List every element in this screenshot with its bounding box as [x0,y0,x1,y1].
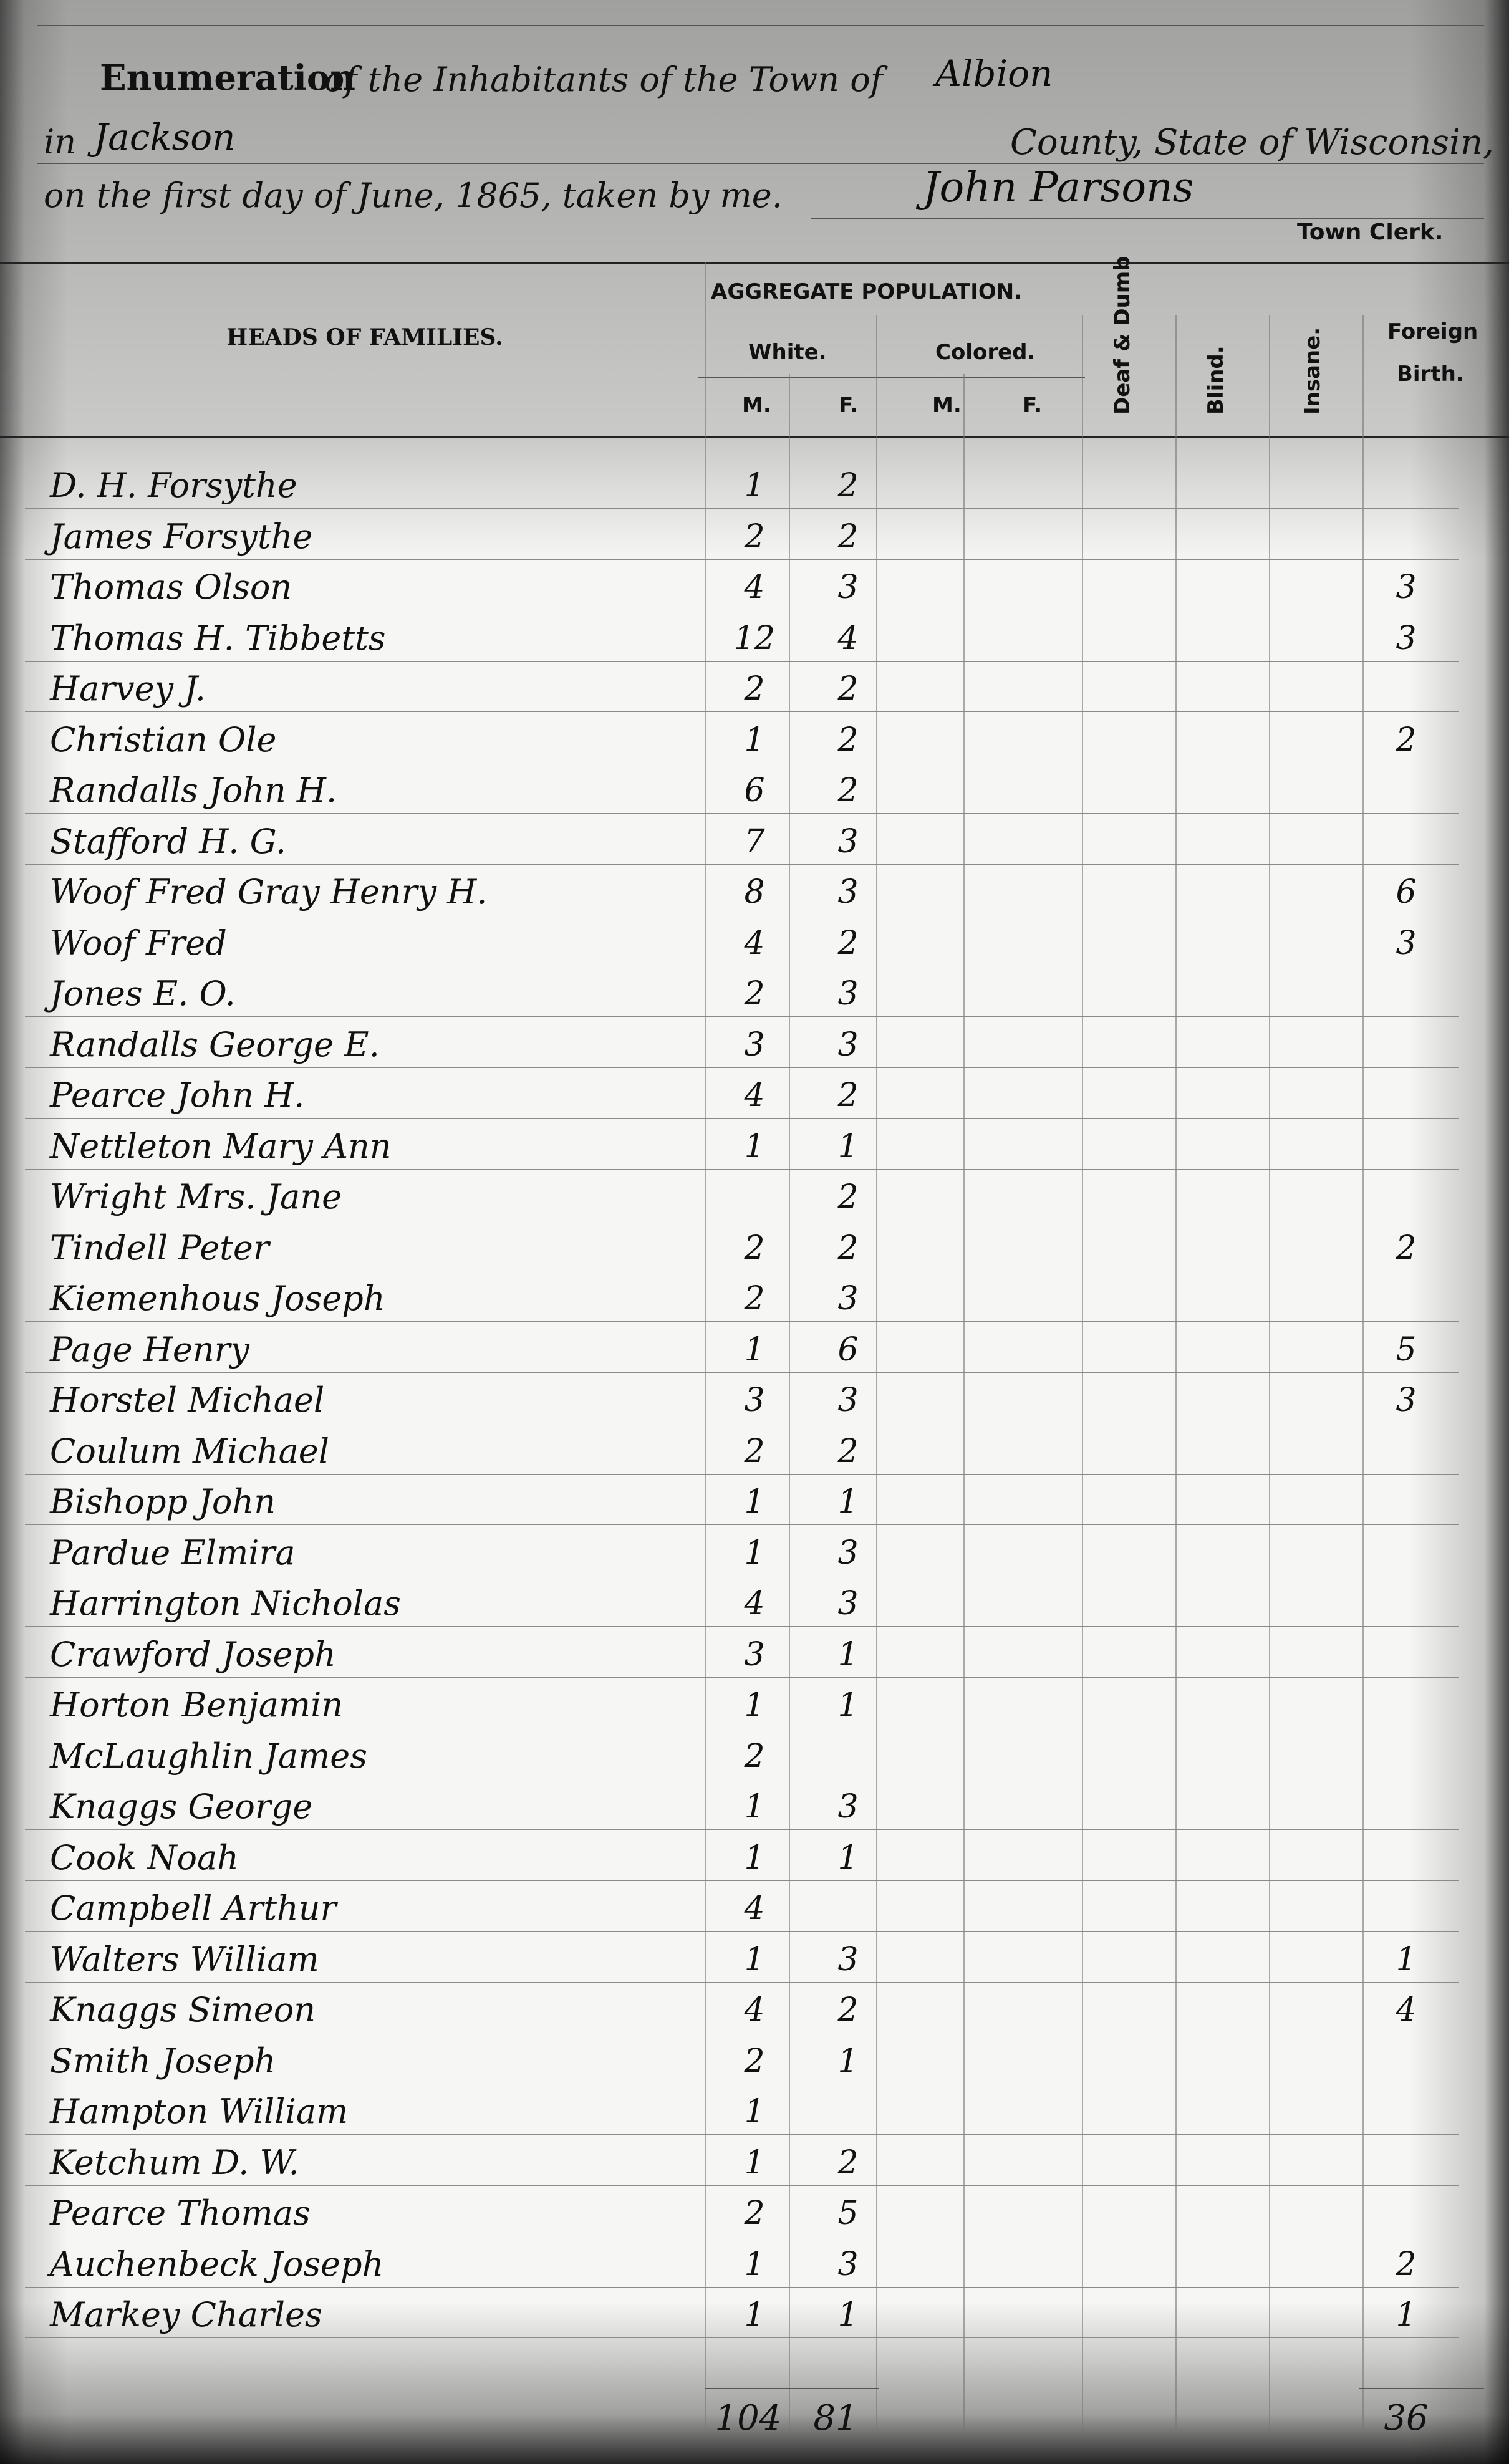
white-female-count: 4 [823,620,873,657]
table-row: Pardue Elmira13 [0,1526,1509,1576]
white-female-count: 2 [823,1433,873,1470]
table-row: D. H. Forsythe12 [0,458,1509,509]
head-of-family-name: Christian Ole [50,720,277,759]
table-row: Bishopp John11 [0,1475,1509,1525]
table-row: Woof Fred423 [0,916,1509,966]
table-row: Kiemenhous Joseph23 [0,1271,1509,1322]
foreign-birth-count: 2 [1378,2246,1434,2283]
white-female-count: 2 [823,467,873,504]
white-male-count: 1 [730,1839,779,1877]
totals-rule-foreign [1359,2388,1484,2389]
white-female-count: 2 [823,1178,873,1216]
white-female-count: 2 [823,1077,873,1114]
colored-female-header: F. [1023,393,1042,418]
head-of-family-name: Campbell Arthur [50,1889,336,1928]
head-of-family-name: Pardue Elmira [50,1533,296,1572]
white-male-count: 2 [730,975,779,1013]
head-of-family-name: Smith Joseph [50,2041,276,2081]
head-of-family-name: Coulum Michael [50,1432,329,1471]
white-female-count: 6 [823,1331,873,1369]
head-of-family-name: Cook Noah [50,1838,239,1877]
total-white-male: 104 [711,2398,786,2438]
total-foreign-birth: 36 [1372,2398,1440,2438]
table-row: Cook Noah11 [0,1831,1509,1881]
white-female-count: 3 [823,1382,873,1419]
title-text: of the Inhabitants of the Town of [324,60,883,99]
head-of-family-name: Walters William [50,1940,319,1979]
white-male-count: 4 [730,925,779,962]
table-row: Coulum Michael22 [0,1424,1509,1475]
white-male-count: 3 [730,1026,779,1064]
white-female-header: F. [839,393,858,418]
colored-male-header: M. [932,393,962,418]
white-female-count: 3 [823,2246,873,2283]
white-male-count: 2 [730,1280,779,1317]
white-male-count: 7 [730,823,779,860]
header-bottom-rule [0,436,1509,438]
head-of-family-name: Tindell Peter [50,1228,269,1268]
foreign-birth-count: 3 [1378,1382,1434,1419]
white-female-count: 3 [823,873,873,911]
title-prefix: Enumeration [100,57,355,99]
table-row: Knaggs Simeon424 [0,1983,1509,2033]
white-female-count: 1 [823,1636,873,1673]
white-male-count: 4 [730,1077,779,1114]
white-male-count: 2 [730,670,779,708]
white-male-count: 12 [730,620,779,657]
table-row: Hampton William1 [0,2084,1509,2135]
row-rule [25,2337,1459,2338]
white-female-count: 1 [823,2296,873,2334]
white-male-count: 1 [730,721,779,759]
head-of-family-name: Wright Mrs. Jane [50,1177,342,1216]
head-of-family-name: Woof Fred Gray Henry H. [50,872,487,912]
table-row: Christian Ole122 [0,713,1509,763]
table-row: Smith Joseph21 [0,2034,1509,2084]
county-prefix: in [44,122,76,161]
head-of-family-name: Horstel Michael [50,1380,324,1420]
white-female-count: 1 [823,1687,873,1724]
white-female-count: 3 [823,1026,873,1064]
white-male-header: M. [742,393,771,418]
table-row: Woof Fred Gray Henry H.836 [0,865,1509,915]
deaf-dumb-header: Deaf & Dumb [1110,256,1135,415]
aggregate-population-header: AGGREGATE POPULATION. [711,279,1022,304]
head-of-family-name: Pearce Thomas [50,2193,311,2233]
head-of-family-name: Ketchum D. W. [50,2143,299,2182]
head-of-family-name: Markey Charles [50,2295,322,2334]
foreign-birth-count: 6 [1378,873,1434,911]
head-of-family-name: Bishopp John [50,1482,276,1521]
head-of-family-name: Knaggs Simeon [50,1990,316,2029]
head-of-family-name: Jones E. O. [50,974,236,1013]
table-row: Knaggs George13 [0,1779,1509,1830]
clerk-signature: John Parsons [923,163,1194,211]
table-row: James Forsythe22 [0,509,1509,560]
white-male-count: 2 [730,518,779,556]
total-white-female: 81 [804,2398,867,2438]
white-female-count: 1 [823,1128,873,1165]
white-female-count: 3 [823,1941,873,1978]
white-male-count: 1 [730,1483,779,1521]
head-of-family-name: James Forsythe [50,517,312,556]
table-row: Crawford Joseph31 [0,1627,1509,1678]
foreign-birth-count: 3 [1378,925,1434,962]
town-field-line [885,99,1484,99]
top-rule [37,25,1484,26]
white-male-count: 1 [730,1534,779,1572]
table-row: Wright Mrs. Jane2 [0,1170,1509,1220]
county-suffix: County, State of Wisconsin, [1010,122,1494,163]
white-male-count: 2 [730,2043,779,2080]
head-of-family-name: Page Henry [50,1330,249,1369]
head-of-family-name: Thomas H. Tibbetts [50,618,386,658]
white-male-count: 3 [730,1382,779,1419]
white-female-count: 2 [823,1230,873,1267]
date-text: on the first day of June, 1865, taken by… [44,176,783,215]
white-female-count: 3 [823,1788,873,1826]
white-male-count: 4 [730,1991,779,2029]
head-of-family-name: Thomas Olson [50,567,292,607]
table-row: Thomas Olson433 [0,560,1509,610]
white-male-count: 2 [730,1738,779,1775]
foreign-birth-count: 4 [1378,1991,1434,2029]
head-of-family-name: Nettleton Mary Ann [50,1127,392,1166]
head-of-family-name: Knaggs George [50,1787,312,1826]
white-female-count: 3 [823,569,873,606]
white-male-count: 1 [730,2246,779,2283]
census-page: Enumeration of the Inhabitants of the To… [0,0,1509,2464]
table-row: Walters William131 [0,1932,1509,1983]
white-male-count: 2 [730,1433,779,1470]
white-female-count: 3 [823,975,873,1013]
table-row: Markey Charles111 [0,2288,1509,2338]
head-of-family-name: Pearce John H. [50,1076,304,1115]
white-male-count: 2 [730,1230,779,1267]
table-row: Campbell Arthur4 [0,1881,1509,1932]
white-male-count: 4 [730,1890,779,1927]
white-female-count: 1 [823,1483,873,1521]
white-female-count: 2 [823,772,873,809]
table-row: Pearce John H.42 [0,1068,1509,1119]
head-of-family-name: D. H. Forsythe [50,466,297,505]
county-value: Jackson [94,116,236,158]
foreign-birth-count: 1 [1378,1941,1434,1978]
white-female-count: 5 [823,2195,873,2232]
foreign-birth-count: 2 [1378,721,1434,759]
head-of-family-name: Hampton William [50,2092,348,2131]
foreign-birth-count: 1 [1378,2296,1434,2334]
white-male-count: 1 [730,1788,779,1826]
totals-row: 104 81 36 [0,2388,1509,2444]
table-row: Page Henry165 [0,1322,1509,1373]
sex-rule [698,377,1085,378]
head-of-family-name: Crawford Joseph [50,1635,336,1674]
foreign-birth-header-line2: Birth. [1397,362,1464,387]
white-female-count: 2 [823,2144,873,2182]
white-header: White. [748,340,827,365]
foreign-birth-count: 3 [1378,620,1434,657]
table-row: Tindell Peter222 [0,1221,1509,1271]
white-female-count: 3 [823,823,873,860]
white-female-count: 2 [823,670,873,708]
head-of-family-name: Auchenbeck Joseph [50,2245,383,2284]
town-value: Albion [935,52,1053,95]
white-male-count: 1 [730,2144,779,2182]
head-of-family-name: Harrington Nicholas [50,1584,401,1623]
signature-line [811,218,1484,219]
white-female-count: 1 [823,2043,873,2080]
totals-rule-white [705,2388,879,2389]
table-row: Nettleton Mary Ann11 [0,1119,1509,1170]
white-female-count: 3 [823,1534,873,1572]
foreign-birth-count: 3 [1378,569,1434,606]
white-male-count: 1 [730,1687,779,1724]
aggregate-rule [698,315,1509,315]
white-male-count: 1 [730,1128,779,1165]
table-row: Harvey J.22 [0,662,1509,712]
head-of-family-name: Woof Fred [50,923,227,963]
table-row: Jones E. O.23 [0,966,1509,1017]
head-of-family-name: Harvey J. [50,669,206,708]
table-row: Randalls George E.33 [0,1018,1509,1068]
head-of-family-name: Kiemenhous Joseph [50,1279,385,1318]
white-male-count: 6 [730,772,779,809]
table-row: McLaughlin James2 [0,1729,1509,1779]
table-row: Horton Benjamin11 [0,1678,1509,1728]
foreign-birth-count: 5 [1378,1331,1434,1369]
white-female-count: 3 [823,1585,873,1622]
white-male-count: 1 [730,2093,779,2130]
head-of-family-name: Horton Benjamin [50,1685,343,1725]
colored-header: Colored. [935,340,1035,365]
table-row: Auchenbeck Joseph132 [0,2237,1509,2288]
white-male-count: 4 [730,569,779,606]
insane-header: Insane. [1300,327,1325,415]
head-of-family-name: Randalls George E. [50,1025,380,1064]
white-male-count: 1 [730,1941,779,1978]
white-male-count: 1 [730,2296,779,2334]
white-female-count: 1 [823,1839,873,1877]
white-female-count: 2 [823,1991,873,2029]
table-row: Harrington Nicholas43 [0,1576,1509,1627]
table-row: Horstel Michael333 [0,1373,1509,1423]
table-row: Stafford H. G.73 [0,814,1509,865]
county-field-line [37,163,1484,164]
table-row: Randalls John H.62 [0,763,1509,814]
table-row: Ketchum D. W.12 [0,2135,1509,2186]
header-top-rule [0,262,1509,264]
blind-header: Blind. [1203,345,1228,415]
head-of-family-name: McLaughlin James [50,1736,367,1776]
white-male-count: 1 [730,467,779,504]
white-female-count: 2 [823,518,873,556]
white-female-count: 3 [823,1280,873,1317]
white-male-count: 3 [730,1636,779,1673]
table-row: Thomas H. Tibbetts1243 [0,611,1509,662]
white-male-count: 8 [730,873,779,911]
head-of-family-name: Stafford H. G. [50,822,286,861]
white-male-count: 4 [730,1585,779,1622]
table-row: Pearce Thomas25 [0,2186,1509,2236]
white-female-count: 2 [823,721,873,759]
heads-of-families-header: HEADS OF FAMILIES. [75,324,655,350]
white-male-count: 2 [730,2195,779,2232]
white-female-count: 2 [823,925,873,962]
foreign-birth-count: 2 [1378,1230,1434,1267]
white-male-count: 1 [730,1331,779,1369]
clerk-label: Town Clerk. [1297,219,1443,245]
foreign-birth-header-line1: Foreign [1387,319,1478,344]
head-of-family-name: Randalls John H. [50,771,337,810]
